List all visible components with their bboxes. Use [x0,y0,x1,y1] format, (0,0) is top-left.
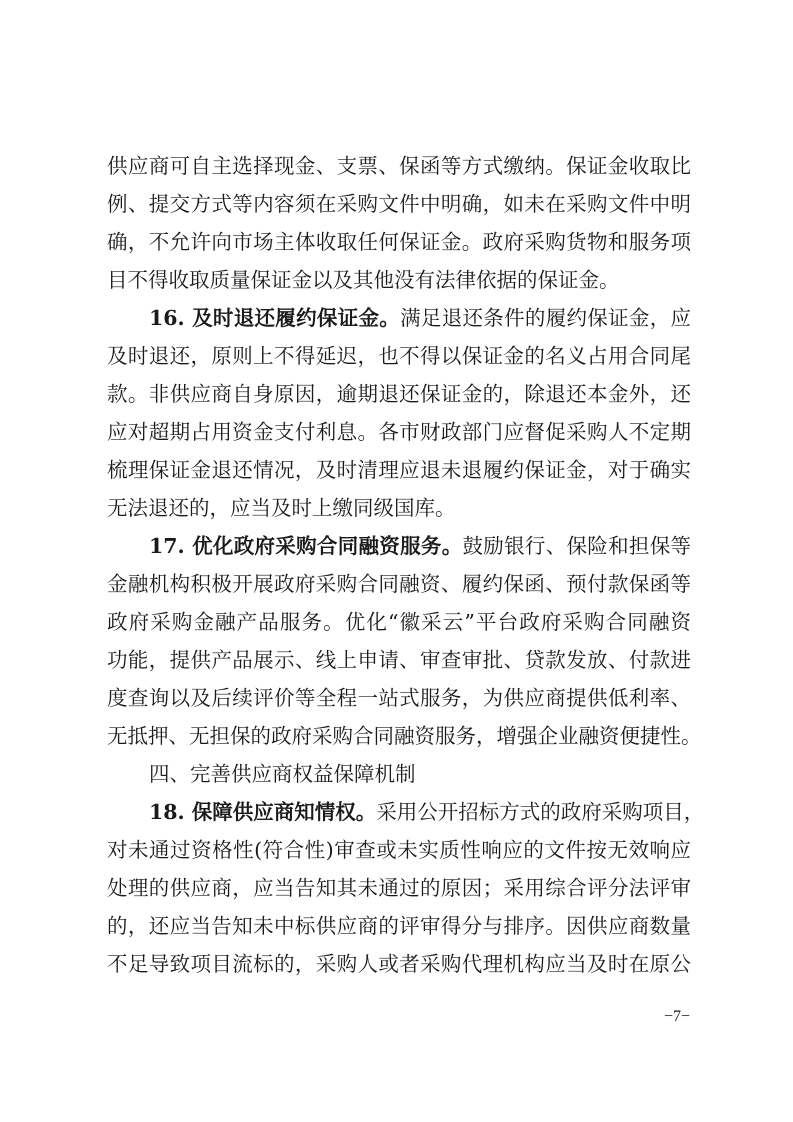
text-line: 金融机构积极开展政府采购合同融资、履约保函、预付款保函等 [107,565,691,603]
text-line: 确，不允许向市场主体收取任何保证金。政府采购货物和服务项 [107,223,691,261]
text-line: 无法退还的，应当及时上缴同级国库。 [107,489,691,527]
clause-heading-17: 17. 优化政府采购合同融资服务。 [149,534,463,558]
text-line: 梳理保证金退还情况，及时清理应退未退履约保证金，对于确实 [107,451,691,489]
text-line: 功能，提供产品展示、线上申请、审查审批、贷款发放、付款进 [107,641,691,679]
text-span: 满足退还条件的履约保证金，应 [400,306,691,330]
text-line: 对未通过资格性(符合性)审查或未实质性响应的文件按无效响应 [107,831,691,869]
text-line: 无抵押、无担保的政府采购合同融资服务，增强企业融资便捷性。 [107,717,691,755]
text-line: 应对超期占用资金支付利息。各市财政部门应督促采购人不定期 [107,413,691,451]
text-line: 款。非供应商自身原因，逾期退还保证金的，除退还本金外，还 [107,375,691,413]
text-line: 处理的供应商，应当告知其未通过的原因；采用综合评分法评审 [107,869,691,907]
page-number: −7− [664,1008,690,1026]
text-line: 度查询以及后续评价等全程一站式服务，为供应商提供低利率、 [107,679,691,717]
text-span: 鼓励银行、保险和担保等 [463,534,692,558]
text-line: 政府采购金融产品服务。优化“徽采云”平台政府采购合同融资 [107,603,691,641]
text-line: 及时退还，原则上不得延迟，也不得以保证金的名义占用合同尾 [107,337,691,375]
text-line: 供应商可自主选择现金、支票、保函等方式缴纳。保证金收取比 [107,147,691,185]
section-heading: 四、完善供应商权益保障机制 [149,755,691,793]
text-line: 目不得收取质量保证金以及其他没有法律依据的保证金。 [107,261,691,299]
text-line: 的，还应当告知未中标供应商的评审得分与排序。因供应商数量 [107,907,691,945]
text-span: 采用公开招标方式的政府采购项目， [376,800,704,824]
clause-heading-16: 16. 及时退还履约保证金。 [149,306,400,330]
paragraph-16-first-line: 16. 及时退还履约保证金。满足退还条件的履约保证金，应 [149,299,691,337]
clause-heading-18: 18. 保障供应商知情权。 [149,800,376,824]
paragraph-18-first-line: 18. 保障供应商知情权。采用公开招标方式的政府采购项目， [149,793,691,831]
text-line: 例、提交方式等内容须在采购文件中明确，如未在采购文件中明 [107,185,691,223]
paragraph-17-first-line: 17. 优化政府采购合同融资服务。鼓励银行、保险和担保等 [149,527,691,565]
document-page: 供应商可自主选择现金、支票、保函等方式缴纳。保证金收取比 例、提交方式等内容须在… [0,0,793,1122]
text-line: 不足导致项目流标的，采购人或者采购代理机构应当及时在原公 [107,945,691,983]
